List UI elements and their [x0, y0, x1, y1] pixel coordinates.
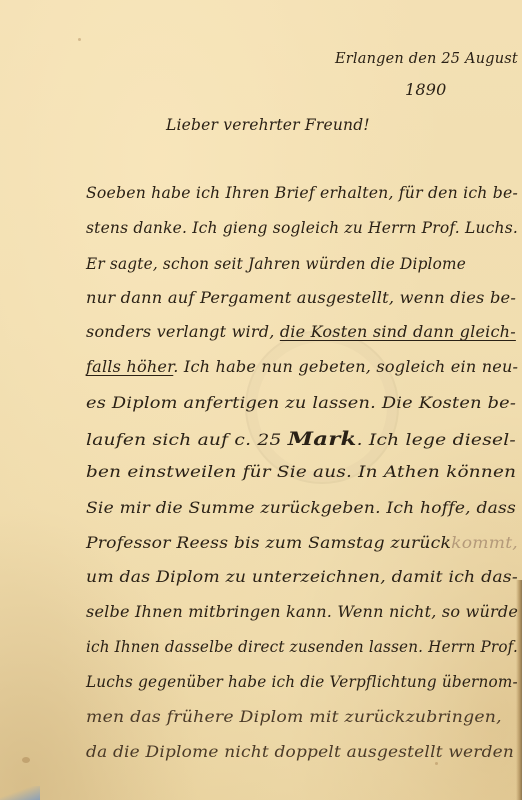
- line-text: um das Diplom zu unterzeichnen, damit ic…: [86, 568, 518, 586]
- line-text: . Ich habe nun gebeten, sogleich ein neu…: [173, 358, 518, 376]
- letter-line: da die Diplome nicht doppelt ausgestellt…: [86, 745, 514, 761]
- line-text: Professor Reess bis zum Samstag zurück: [86, 534, 451, 552]
- line-text: . Ich lege diesel-: [357, 431, 516, 449]
- letter-line: um das Diplom zu unterzeichnen, damit ic…: [86, 570, 518, 586]
- letter-place-date: Erlangen den 25 August: [335, 52, 518, 67]
- line-text: selbe Ihnen mitbringen kann. Wenn nicht,…: [86, 603, 518, 621]
- letter-greeting: Lieber verehrter Freund!: [166, 118, 370, 134]
- line-text: laufen sich auf c. 25: [86, 431, 288, 449]
- line-text: stens danke. Ich gieng sogleich zu Herrn…: [86, 219, 518, 237]
- line-text: kommt,: [451, 534, 518, 552]
- line-text: ben einstweilen für Sie aus. In Athen kö…: [86, 463, 516, 481]
- line-text: Luchs gegenüber habe ich die Verpflichtu…: [86, 673, 518, 691]
- letter-line: laufen sich auf c. 25 Mark. Ich lege die…: [86, 430, 516, 449]
- letter-line: men das frühere Diplom mit zurückzubring…: [86, 710, 502, 726]
- letter-line: Luchs gegenüber habe ich die Verpflichtu…: [86, 675, 518, 691]
- line-text: nur dann auf Pergament ausgestellt, wenn…: [86, 289, 516, 307]
- line-text: sonders verlangt wird,: [86, 323, 280, 341]
- letter-line: ben einstweilen für Sie aus. In Athen kö…: [86, 465, 516, 481]
- letter-line: selbe Ihnen mitbringen kann. Wenn nicht,…: [86, 605, 518, 621]
- letter-year: 1890: [405, 82, 447, 98]
- paper-speck: [78, 38, 81, 41]
- line-text: Soeben habe ich Ihren Brief erhalten, fü…: [86, 184, 518, 202]
- letter-line: Soeben habe ich Ihren Brief erhalten, fü…: [86, 186, 518, 202]
- underlined-text: falls höher: [86, 358, 173, 376]
- letter-line: Er sagte, schon seit Jahren würden die D…: [86, 257, 466, 273]
- letter-page: Erlangen den 25 August 1890 Lieber vereh…: [0, 0, 522, 800]
- letter-line: stens danke. Ich gieng sogleich zu Herrn…: [86, 221, 518, 237]
- underlined-text: die Kosten sind dann gleich-: [280, 323, 516, 341]
- line-text: es Diplom anfertigen zu lassen. Die Kost…: [86, 394, 516, 412]
- letter-line: Sie mir die Summe zurückgeben. Ich hoffe…: [86, 501, 516, 517]
- paper-stain: [22, 757, 30, 763]
- line-text: da die Diplome nicht doppelt ausgestellt…: [86, 743, 514, 761]
- letter-line: Professor Reess bis zum Samstag zurückko…: [86, 536, 518, 552]
- emphasized-text: Mark: [288, 428, 357, 450]
- line-text: ich Ihnen dasselbe direct zusenden lasse…: [86, 638, 518, 656]
- line-text: Sie mir die Summe zurückgeben. Ich hoffe…: [86, 499, 516, 517]
- paper-speck: [435, 762, 438, 765]
- letter-line: ich Ihnen dasselbe direct zusenden lasse…: [86, 640, 518, 656]
- line-text: Er sagte, schon seit Jahren würden die D…: [86, 255, 466, 273]
- letter-line: sonders verlangt wird, die Kosten sind d…: [86, 325, 516, 341]
- letter-line: nur dann auf Pergament ausgestellt, wenn…: [86, 291, 516, 307]
- line-text: men das frühere Diplom mit zurückzubring…: [86, 708, 502, 726]
- letter-line: falls höher. Ich habe nun gebeten, sogle…: [86, 360, 518, 376]
- paper-corner: [0, 786, 40, 800]
- letter-line: es Diplom anfertigen zu lassen. Die Kost…: [86, 396, 516, 412]
